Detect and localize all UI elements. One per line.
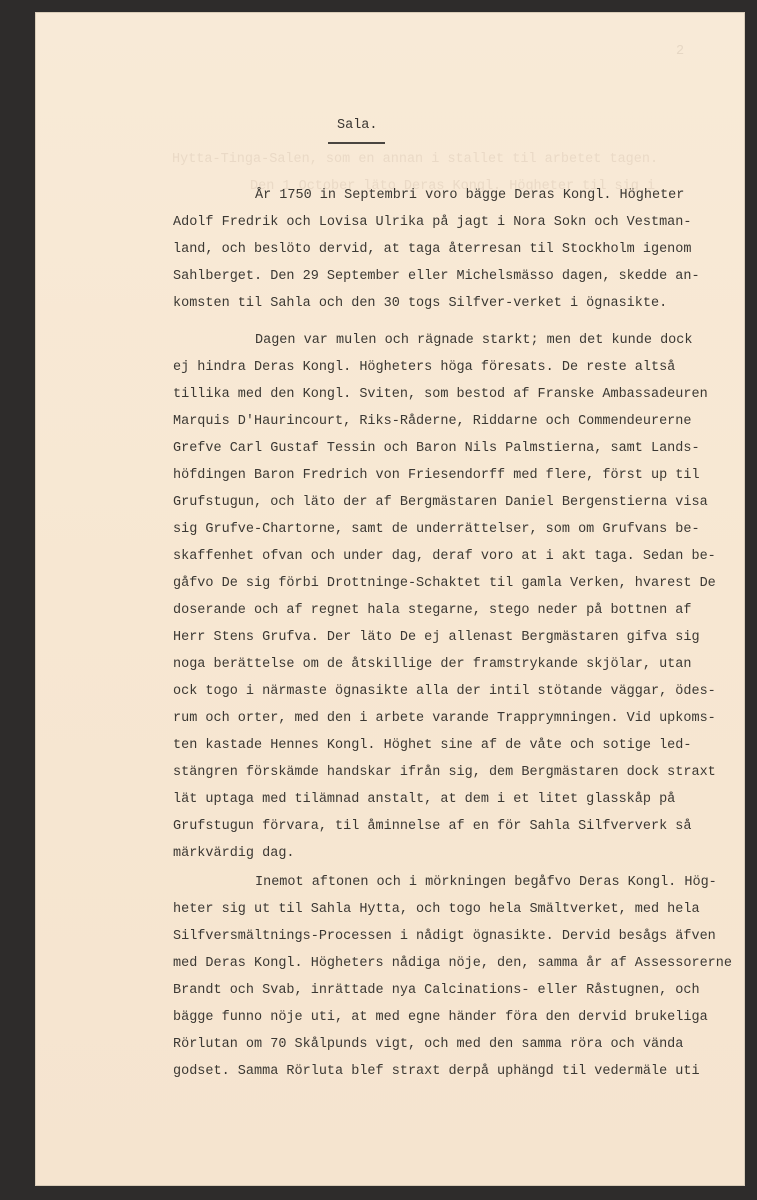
paragraph-line: doserande och af regnet hala stegarne, s… [173, 603, 691, 619]
paragraph-line: lät uptaga med tilämnad anstalt, at dem … [173, 792, 675, 808]
paragraph-first-line: Dagen var mulen och rägnade starkt; men … [255, 333, 692, 349]
paragraph-line: Grefve Carl Gustaf Tessin och Baron Nils… [173, 441, 700, 457]
paragraph-line: ej hindra Deras Kongl. Högheters höga fö… [173, 360, 675, 376]
paragraph-line: märkvärdig dag. [173, 846, 295, 862]
paragraph-line: bägge funno nöje uti, at med egne händer… [173, 1010, 708, 1026]
paragraph-line: Herr Stens Grufva. Der läto De ej allena… [173, 630, 700, 646]
paragraph-first-line: År 1750 in Septembri voro bägge Deras Ko… [255, 188, 684, 204]
paragraph-line: rum och orter, med den i arbete varande … [173, 711, 716, 727]
paragraph-line: med Deras Kongl. Högheters nådiga nöje, … [173, 956, 732, 972]
paragraph-line: ock togo i närmaste ögnasikte alla der i… [173, 684, 716, 700]
paragraph-line: Brandt och Svab, inrättade nya Calcinati… [173, 983, 700, 999]
paragraph-line: Marquis D'Haurincourt, Riks-Råderne, Rid… [173, 414, 691, 430]
show-through-line: Hytta-Tinga-Salen, som en annan i stalle… [172, 152, 658, 167]
paragraph-line: komsten til Sahla och den 30 togs Silfve… [173, 296, 667, 312]
paragraph-first-line: Inemot aftonen och i mörkningen begåfvo … [255, 875, 717, 891]
paragraph-line: Adolf Fredrik och Lovisa Ulrika på jagt … [173, 215, 691, 231]
paragraph-line: heter sig ut til Sahla Hytta, och togo h… [173, 902, 700, 918]
paragraph-line: skaffenhet ofvan och under dag, deraf vo… [173, 549, 716, 565]
paragraph-line: noga berättelse om de åtskillige der fra… [173, 657, 691, 673]
paragraph-line: gåfvo De sig förbi Drottninge-Schaktet t… [173, 576, 716, 592]
paragraph-line: stängren förskämde handskar ifrån sig, d… [173, 765, 716, 781]
page-title: Sala. [337, 118, 378, 133]
paragraph-line: Grufstugun, och läto der af Bergmästaren… [173, 495, 708, 511]
title-underline [328, 142, 385, 144]
paragraph-line: ten kastade Hennes Kongl. Höghet sine af… [173, 738, 691, 754]
paragraph-line: höfdingen Baron Fredrich von Friesendorf… [173, 468, 700, 484]
paragraph-line: sig Grufve-Chartorne, samt de underrätte… [173, 522, 700, 538]
paragraph-line: tillika med den Kongl. Sviten, som besto… [173, 387, 708, 403]
paragraph-line: land, och beslöto dervid, at taga återre… [173, 242, 691, 258]
paragraph-line: Sahlberget. Den 29 September eller Miche… [173, 269, 700, 285]
paragraph-line: godset. Samma Rörluta blef straxt derpå … [173, 1064, 700, 1080]
paragraph-line: Rörlutan om 70 Skålpunds vigt, och med d… [173, 1037, 683, 1053]
page-number: 2 [676, 44, 684, 59]
paragraph-line: Silfversmältnings-Processen i nådigt ögn… [173, 929, 716, 945]
paragraph-line: Grufstugun förvara, til åminnelse af en … [173, 819, 691, 835]
